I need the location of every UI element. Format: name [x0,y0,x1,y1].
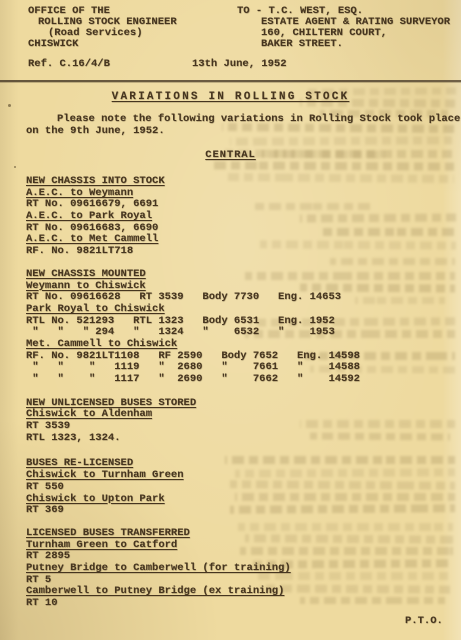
section-heading: NEW CHASSIS INTO STOCK [26,176,446,188]
route-line: Turnham Green to Catford [26,540,446,552]
document-title: VARIATIONS IN ROLLING STOCK [0,92,461,104]
route-line: Chiswick to Turnham Green [26,470,446,482]
bleed-through-text [230,136,452,146]
office-address: OFFICE OF THE ROLLING STOCK ENGINEER (Ro… [28,6,177,50]
section-buses-relicensed: BUSES RE-LICENSED Chiswick to Turnham Gr… [26,458,446,516]
route-line: Met. Cammell to Chiswick [26,339,446,351]
stock-numbers-line: RTL 1323, 1324. [26,433,446,445]
intro-line: on the 9th June, 1952. [26,126,456,138]
section-new-chassis-into-stock: NEW CHASSIS INTO STOCK A.E.C. to Weymann… [26,176,446,258]
section-new-chassis-mounted: NEW CHASSIS MOUNTED Weymann to Chiswick … [26,269,446,386]
stock-numbers-line: RT 3539 [26,421,446,433]
divider-rule [0,80,461,82]
recipient-address: TO - T.C. WEST, ESQ. ESTATE AGENT & RATI… [237,6,450,50]
ref-number: Ref. C.16/4/B [28,59,110,70]
scan-speck [8,104,11,107]
route-line: Camberwell to Putney Bridge (ex training… [26,586,446,598]
section-heading: LICENSED BUSES TRANSFERRED [26,528,446,540]
pto-note: P.T.O. [405,616,443,628]
letter-date: 13th June, 1952 [192,59,287,70]
route-line: Putney Bridge to Camberwell (for trainin… [26,563,446,575]
intro-line: Please note the following variations in … [26,114,456,126]
section-licensed-buses-transferred: LICENSED BUSES TRANSFERRED Turnham Green… [26,528,446,610]
region-heading: CENTRAL [0,150,461,162]
letter-body: NEW CHASSIS INTO STOCK A.E.C. to Weymann… [26,176,446,610]
stock-numbers-line: RT 369 [26,505,446,517]
stock-numbers-line: RT 10 [26,598,446,610]
route-line: Park Royal to Chiswick [26,304,446,316]
bleed-through-text [210,161,455,170]
route-line: Chiswick to Upton Park [26,494,446,506]
stock-table-row: " " " 1117 " 2690 " 7662 " 14592 [26,374,446,386]
scanned-letter-page: OFFICE OF THE ROLLING STOCK ENGINEER (Ro… [0,0,461,640]
route-line: A.E.C. to Park Royal [26,211,446,223]
office-line: CHISWICK [28,39,177,50]
section-heading: NEW CHASSIS MOUNTED [26,269,446,281]
section-new-unlicensed-buses-stored: NEW UNLICENSED BUSES STORED Chiswick to … [26,398,446,445]
scan-speck [14,166,16,168]
recipient-line: BAKER STREET. [237,39,450,50]
intro-paragraph: Please note the following variations in … [26,114,456,137]
route-line: Chiswick to Aldenham [26,409,446,421]
stock-numbers-line: RF. No. 9821LT718 [26,246,446,258]
stock-numbers-line: RT 550 [26,482,446,494]
